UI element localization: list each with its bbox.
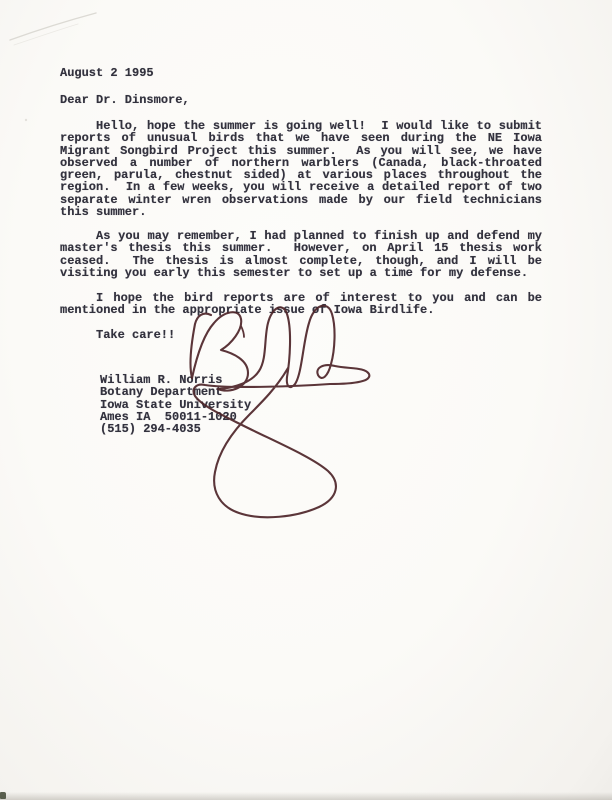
scanned-letter-page: August 2 1995 Dear Dr. Dinsmore, Hello, … (0, 0, 612, 800)
letter-line: (515) 294-4035 (100, 423, 542, 435)
body-paragraph-2: As you may remember, I had planned to fi… (60, 230, 542, 279)
body-paragraph-1: Hello, hope the summer is going well! I … (60, 120, 542, 218)
letter-date: August 2 1995 (60, 67, 542, 79)
letter-line: this summer. (60, 206, 542, 218)
salutation-text: Dear Dr. Dinsmore, (60, 94, 542, 106)
letter-salutation: Dear Dr. Dinsmore, (60, 94, 542, 106)
letter-closing: Take care!! (96, 329, 542, 341)
letter-line: visiting you early this semester to set … (60, 267, 542, 279)
scan-edge-shadow (0, 792, 612, 800)
date-text: August 2 1995 (60, 67, 542, 79)
letter-line: mentioned in the appropriate issue of Io… (60, 304, 542, 316)
body-paragraph-3: I hope the bird reports are of interest … (60, 292, 542, 317)
closing-text: Take care!! (96, 329, 542, 341)
signature-block: William R. NorrisBotany DepartmentIowa S… (100, 374, 542, 435)
scan-speck (0, 792, 6, 799)
